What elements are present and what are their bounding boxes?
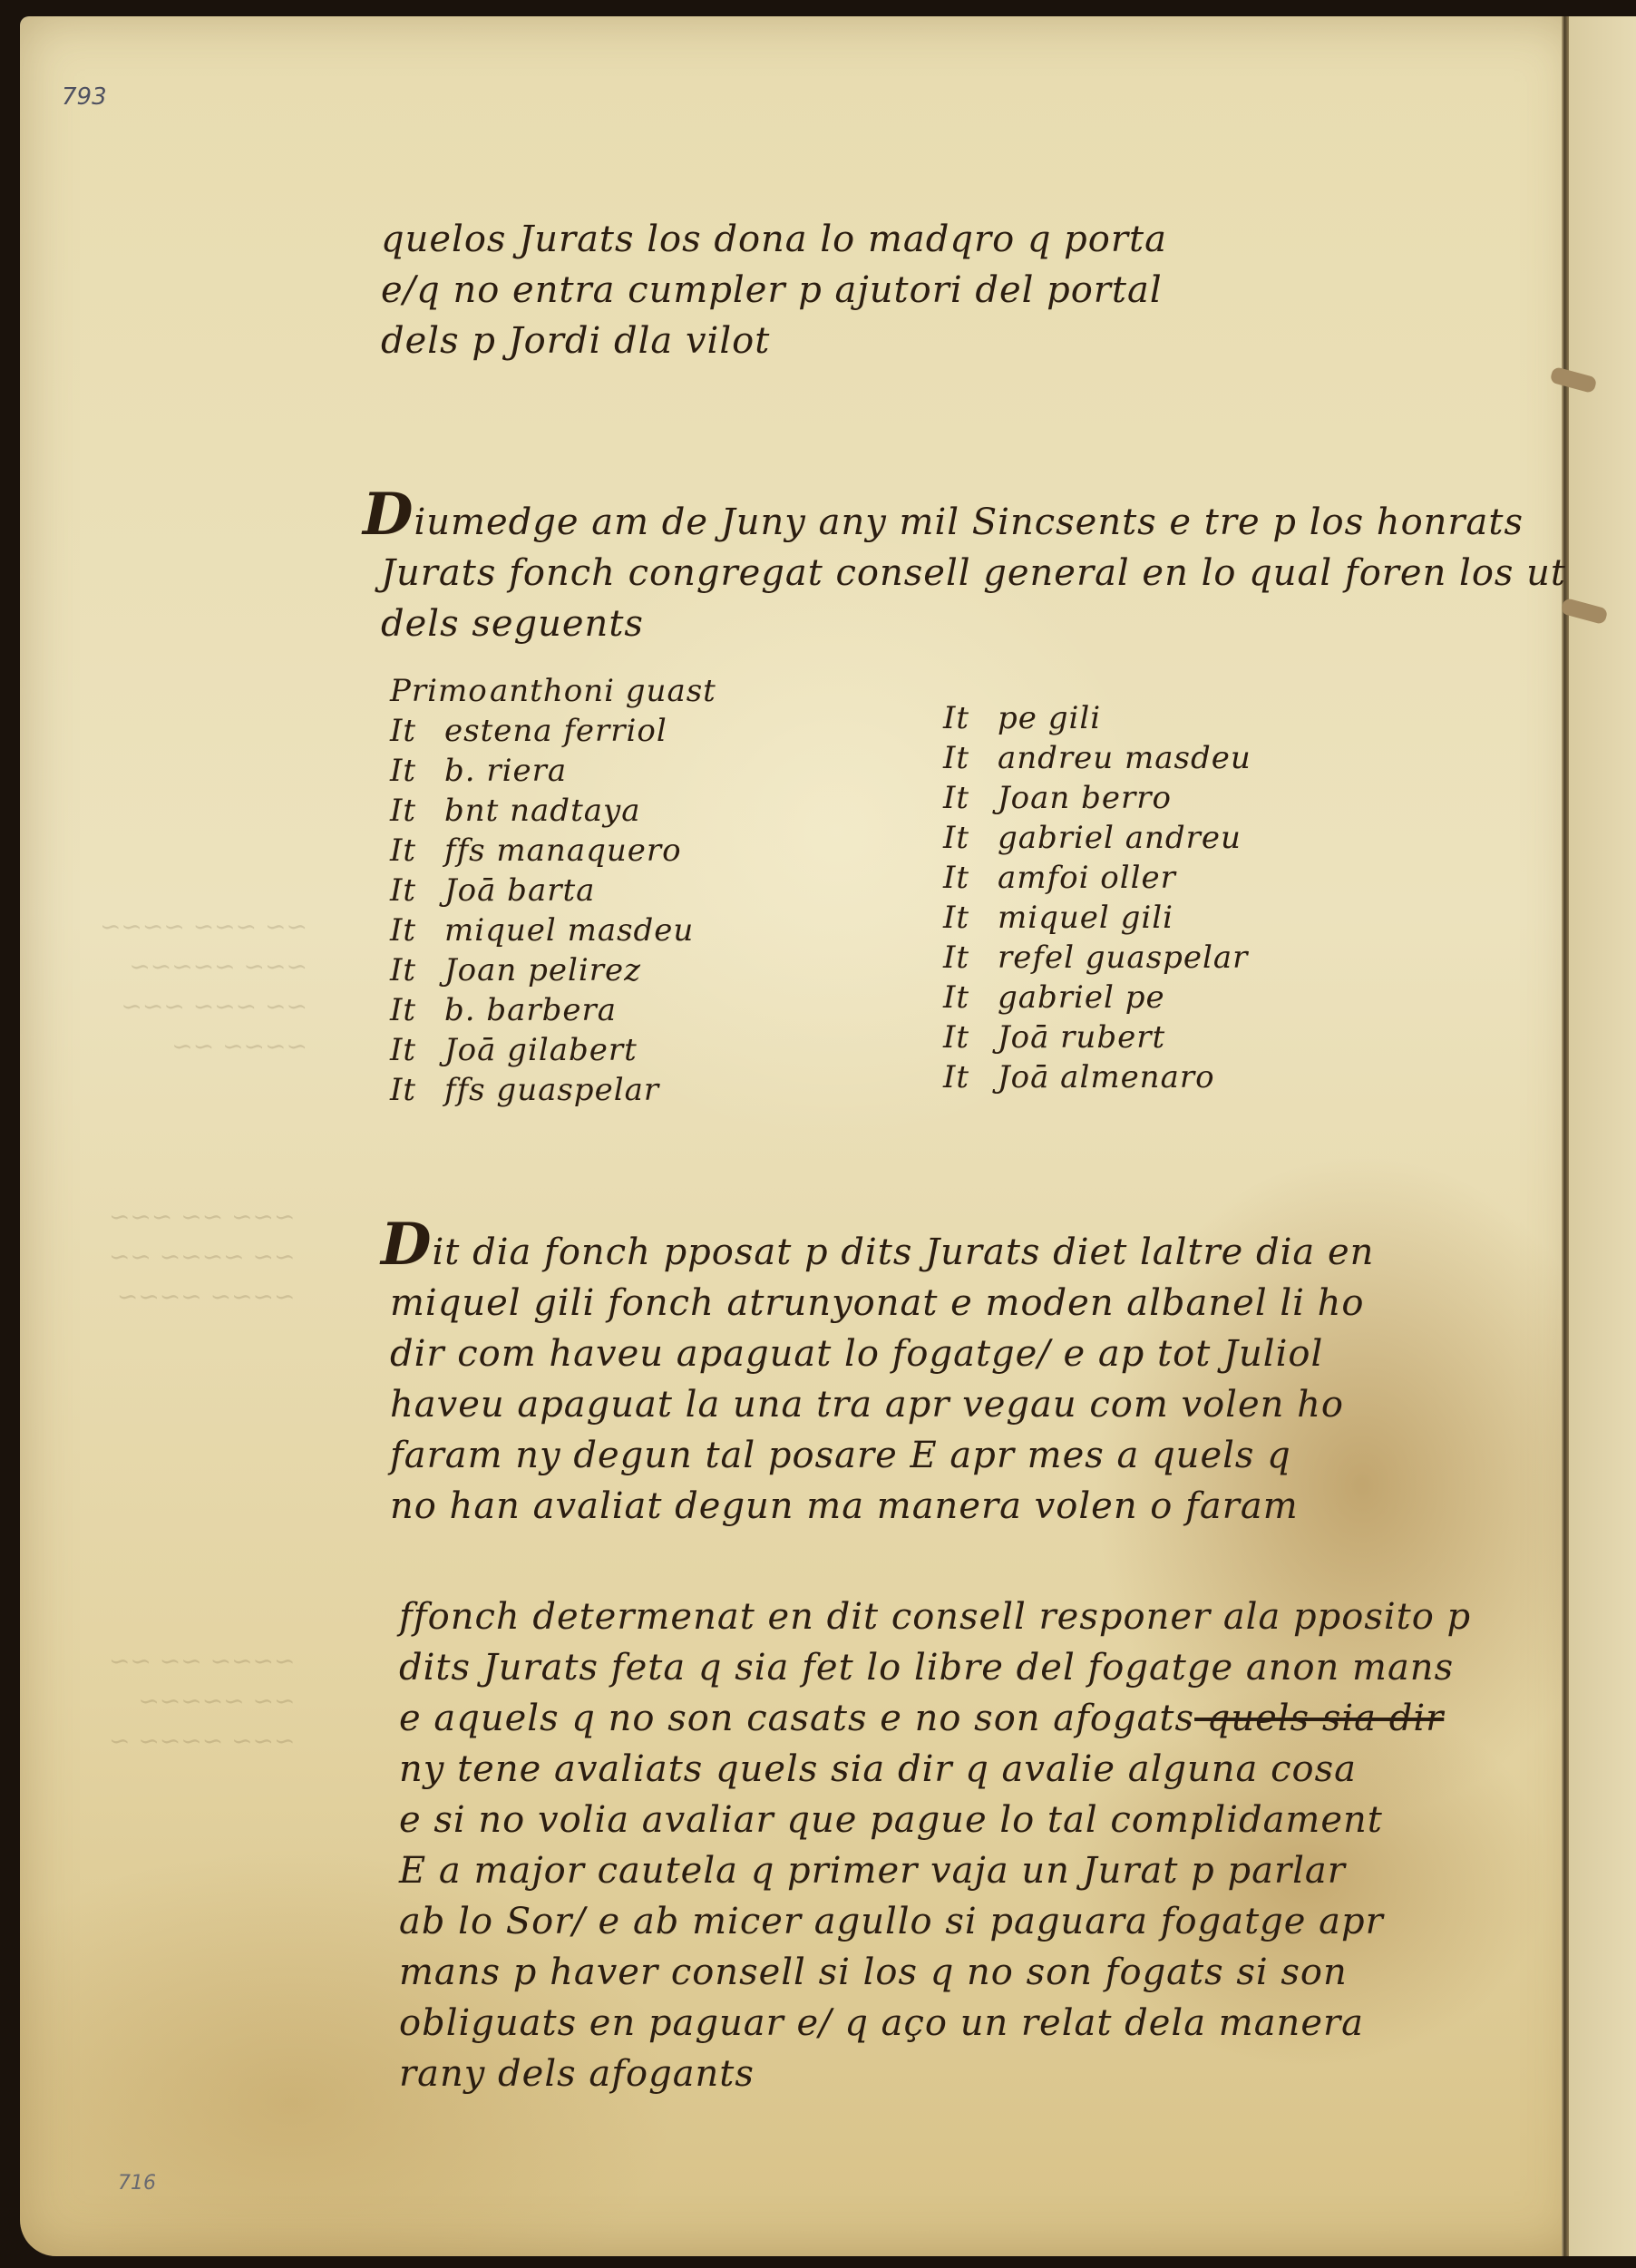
- text-line: dits Jurats feta q sia fet lo libre del …: [399, 1642, 1471, 1693]
- item-prefix: It: [390, 791, 444, 831]
- attendee-name: estena ferriol: [444, 713, 667, 749]
- attendee-name: b. barbera: [444, 992, 617, 1028]
- binding-gutter: [1562, 16, 1569, 2256]
- item-prefix: It: [390, 711, 444, 751]
- text-line: ab lo Sor/ e ab micer agullo si paguara …: [399, 1896, 1471, 1947]
- attendee-entry: Itamfoi oller: [943, 858, 1251, 898]
- text-line: e/q no entra cumpler p ajutori del porta…: [381, 265, 1167, 316]
- attendee-entry: ItJoā gilabert: [390, 1030, 716, 1070]
- text-line: dels p Jordi dla vilot: [381, 316, 1167, 366]
- text-line: E a major cautela q primer vaja un Jurat…: [399, 1845, 1471, 1896]
- decorated-initial: D: [381, 1211, 433, 1279]
- item-prefix: It: [943, 738, 998, 778]
- item-prefix: It: [390, 1070, 444, 1110]
- folio-number-top: 793: [62, 83, 107, 111]
- attendee-name: refel guaspelar: [998, 939, 1248, 976]
- attendee-name: bnt nadtaya: [444, 793, 640, 829]
- text-line: Jurats fonch congregat consell general e…: [363, 548, 1566, 599]
- resolution-paragraph: ffonch determenat en dit consell respone…: [399, 1591, 1471, 2099]
- text-line: e aquels q no son casats e no son afogat…: [399, 1693, 1471, 1744]
- attendee-name: Joan pelirez: [444, 952, 641, 988]
- item-prefix: It: [390, 950, 444, 990]
- attendee-entry: Itmiquel gili: [943, 898, 1251, 938]
- show-through-text: ~~~~ ~~ ~~~~ ~~~~~~~~ ~~~~ ~: [109, 1641, 296, 1761]
- attendee-entry: Itb. riera: [390, 751, 716, 791]
- attendee-entry: ItJoan berro: [943, 778, 1251, 818]
- attendee-entry: Itestena ferriol: [390, 711, 716, 751]
- text-line: dels seguents: [363, 599, 1566, 649]
- attendee-name: gabriel andreu: [998, 820, 1242, 856]
- text-line: ffonch determenat en dit consell respone…: [399, 1591, 1471, 1642]
- attendee-name: b. riera: [444, 753, 567, 789]
- item-prefix: It: [943, 978, 998, 1017]
- item-prefix: It: [390, 751, 444, 791]
- text-line: ny tene avaliats quels sia dir q avalie …: [399, 1744, 1471, 1795]
- item-prefix: It: [943, 858, 998, 898]
- adjacent-page-edge: [1569, 16, 1636, 2256]
- text-line: faram ny degun tal posare E apr mes a qu…: [381, 1430, 1374, 1481]
- attendee-name: miquel masdeu: [444, 912, 694, 949]
- attendee-entry: Itbnt nadtaya: [390, 791, 716, 831]
- attendee-name: miquel gili: [998, 900, 1173, 936]
- attendee-entry: Itffs manaquero: [390, 831, 716, 871]
- attendee-name: Joā almenaro: [998, 1059, 1215, 1095]
- attendee-entry: ItJoā rubert: [943, 1017, 1251, 1057]
- item-prefix: It: [390, 910, 444, 950]
- item-prefix: It: [943, 898, 998, 938]
- item-prefix: It: [943, 1017, 998, 1057]
- attendee-entry: ItJoā almenaro: [943, 1057, 1251, 1097]
- attendee-entry: Itpe gili: [943, 698, 1251, 738]
- attendee-entry: Itffs guaspelar: [390, 1070, 716, 1110]
- folio-number-bottom: 716: [118, 2172, 156, 2195]
- attendee-name: ffs guaspelar: [444, 1072, 659, 1108]
- intro-paragraph: quelos Jurats los dona lo madqro q porta…: [381, 214, 1167, 366]
- attendee-name: Joā barta: [444, 872, 595, 909]
- item-prefix: It: [943, 938, 998, 978]
- text-line: obliguats en paguar e/ q aço un relat de…: [399, 1998, 1471, 2049]
- text-line: quelos Jurats los dona lo madqro q porta: [381, 214, 1167, 265]
- item-prefix: It: [390, 871, 444, 910]
- show-through-text: ~~ ~~~ ~~~~~~~ ~~~~~~~ ~~~ ~~~~~~~ ~~: [100, 907, 307, 1066]
- item-prefix: It: [390, 1030, 444, 1070]
- text-line: no han avaliat degun ma manera volen o f…: [381, 1481, 1374, 1532]
- attendee-entry: Itgabriel andreu: [943, 818, 1251, 858]
- attendee-entry: Itandreu masdeu: [943, 738, 1251, 778]
- item-prefix: It: [943, 698, 998, 738]
- show-through-text: ~~~ ~~ ~~~~~ ~~~~ ~~~~~~ ~~~~: [109, 1197, 296, 1317]
- attendee-name: ffs manaquero: [444, 832, 682, 869]
- attendee-list-right: Itpe giliItandreu masdeuItJoan berroItga…: [943, 698, 1251, 1097]
- text-line: Dit dia fonch pposat p dits Jurats diet …: [381, 1220, 1374, 1278]
- attendee-entry: ItJoan pelirez: [390, 950, 716, 990]
- item-prefix: It: [943, 778, 998, 818]
- attendee-name: anthoni guast: [490, 673, 716, 709]
- attendee-entry: ItJoā barta: [390, 871, 716, 910]
- item-prefix: It: [943, 818, 998, 858]
- attendee-entry: Itmiquel masdeu: [390, 910, 716, 950]
- struck-text: quels sia dir: [1194, 1698, 1444, 1739]
- decorated-initial: D: [363, 481, 414, 549]
- text-line: rany dels afogants: [399, 2049, 1471, 2099]
- text-line: e si no volia avaliar que pague lo tal c…: [399, 1795, 1471, 1845]
- session-heading-paragraph: Diumedge am de Juny any mil Sincsents e …: [363, 490, 1566, 649]
- attendee-name: Joā rubert: [998, 1019, 1165, 1056]
- text-line: miquel gili fonch atrunyonat e moden alb…: [381, 1278, 1374, 1329]
- item-prefix: Primo: [390, 671, 490, 711]
- text-line: haveu apaguat la una tra apr vegau com v…: [381, 1379, 1374, 1430]
- text-line: dir com haveu apaguat lo fogatge/ e ap t…: [381, 1329, 1374, 1379]
- attendee-name: pe gili: [998, 700, 1101, 736]
- attendee-entry: Itgabriel pe: [943, 978, 1251, 1017]
- attendee-name: andreu masdeu: [998, 740, 1251, 776]
- attendee-entry: Itb. barbera: [390, 990, 716, 1030]
- attendee-entry: Itrefel guaspelar: [943, 938, 1251, 978]
- item-prefix: It: [943, 1057, 998, 1097]
- item-prefix: It: [390, 990, 444, 1030]
- attendee-name: amfoi oller: [998, 860, 1176, 896]
- text-line: Diumedge am de Juny any mil Sincsents e …: [363, 490, 1566, 548]
- proposal-paragraph: Dit dia fonch pposat p dits Jurats diet …: [381, 1220, 1374, 1532]
- attendee-entry: Primoanthoni guast: [390, 671, 716, 711]
- attendee-name: Joā gilabert: [444, 1032, 638, 1068]
- attendee-list-left: Primoanthoni guastItestena ferriolItb. r…: [390, 671, 716, 1110]
- attendee-name: gabriel pe: [998, 979, 1165, 1016]
- attendee-name: Joan berro: [998, 780, 1172, 816]
- text-line: mans p haver consell si los q no son fog…: [399, 1947, 1471, 1998]
- item-prefix: It: [390, 831, 444, 871]
